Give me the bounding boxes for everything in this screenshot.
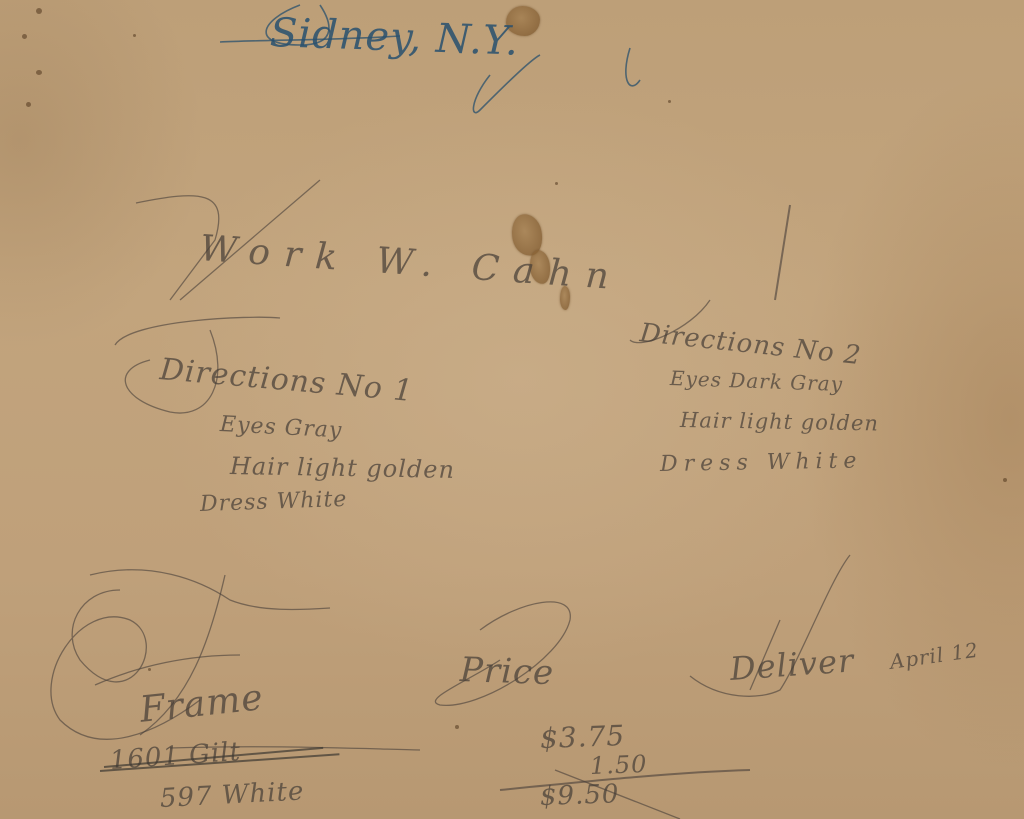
delivery-date: April 12 [888,638,980,674]
directions-1-dress: Dress White [200,487,348,517]
price-amount-2: 1.50 [590,750,648,780]
directions-1-label: Directions No 1 [158,352,415,409]
price-label: Price [459,650,555,693]
frame-current-entry: 597 White [159,776,305,814]
aged-paper-document: Sidney, N.Y. Work W. Cahn Directions No … [0,0,1024,819]
delivery-label: Deliver [729,641,856,688]
price-amount-1: $3.75 [539,719,625,755]
location-heading: Sidney, N.Y. [269,10,520,65]
directions-2-hair: Hair light golden [680,408,879,435]
directions-1-eyes: Eyes Gray [219,412,343,443]
price-amount-3: $9.50 [539,779,619,812]
customer-name: Work W. Cahn [199,228,625,298]
speck [668,100,671,103]
speck [22,34,27,39]
speck [1003,478,1007,482]
directions-2-label: Directions No 2 [638,318,862,371]
speck [36,70,42,75]
frame-label: Frame [138,677,266,731]
speck [555,182,558,185]
directions-1-hair: Hair light golden [230,452,455,484]
directions-2-dress: Dress White [660,448,863,477]
speck [133,34,136,37]
speck [26,102,31,107]
speck [455,725,459,729]
directions-2-eyes: Eyes Dark Gray [670,366,844,396]
speck [36,8,42,14]
speck [148,668,151,671]
